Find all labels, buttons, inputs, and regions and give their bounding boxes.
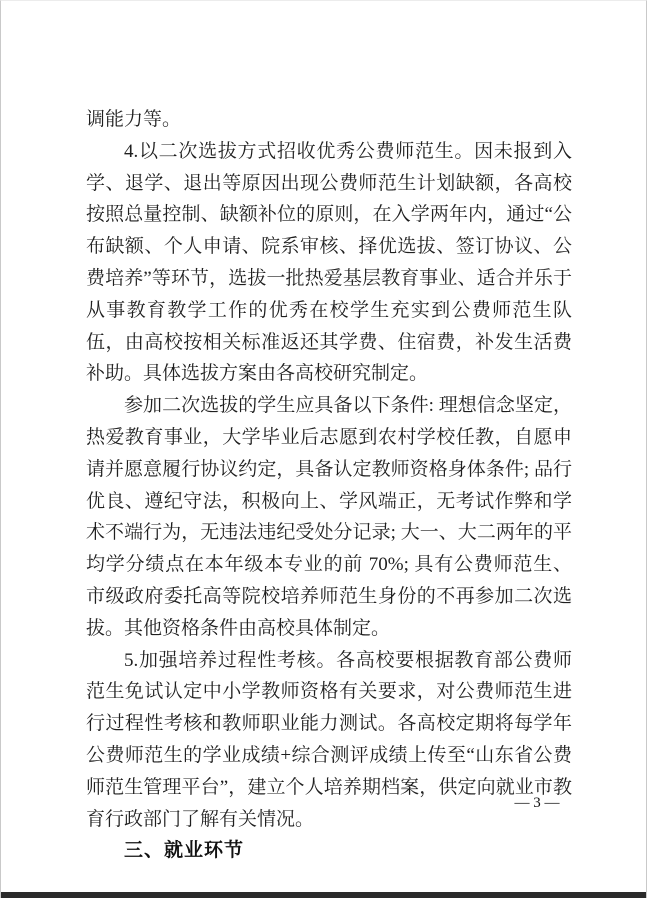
paragraph-item-5-process-assessment: 5.加强培养过程性考核。各高校要根据教育部公费师范生免试认定中小学教师资格有关要… (86, 645, 572, 836)
section-heading-employment: 三、就业环节 (86, 835, 572, 867)
paragraph-continuation: 调能力等。 (86, 104, 572, 136)
paragraph-item-4-second-selection: 4.以二次选拔方式招收优秀公费师范生。因未报到入学、退学、退出等原因出现公费师范… (86, 136, 572, 390)
document-body: 调能力等。 4.以二次选拔方式招收优秀公费师范生。因未报到入学、退学、退出等原因… (86, 104, 572, 867)
bottom-edge-bar (1, 892, 646, 898)
paragraph-selection-conditions: 参加二次选拔的学生应具备以下条件: 理想信念坚定，热爱教育事业，大学毕业后志愿到… (86, 390, 572, 644)
page-number: — 3 — (504, 795, 570, 812)
document-page: 调能力等。 4.以二次选拔方式招收优秀公费师范生。因未报到入学、退学、退出等原因… (0, 0, 647, 898)
